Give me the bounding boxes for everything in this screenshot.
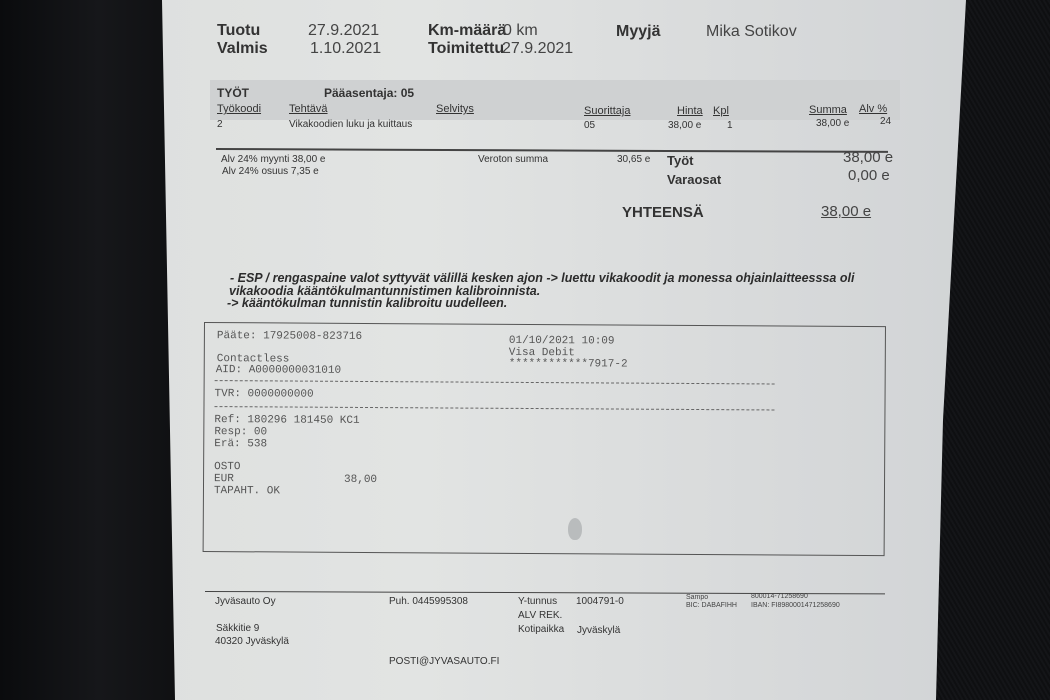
domicile-label: Kotipaikka [518,624,564,635]
row-price: 38,00 e [668,120,701,131]
batch-number: Erä: 538 [214,438,267,450]
divider-line [216,148,888,153]
business-id-label: Y-tunnus [518,596,557,607]
parts-label: Varaosat [667,172,721,187]
labor-value: 38,00 e [843,149,893,166]
col-explanation: Selvitys [436,103,474,115]
row-qty: 1 [727,120,733,131]
notes-line-3: -> kääntökulman tunnistin kalibroitu uud… [227,296,507,310]
vat-sales: Alv 24% myynti 38,00 e [221,154,326,165]
notes-line-1: - ESP / rengaspaine valot syttyvät välil… [230,271,854,285]
labor-label: Työt [667,153,693,168]
col-price: Hinta [677,105,703,117]
phone-number: Puh. 0445995308 [389,596,468,607]
chief-mechanic: Pääasentaja: 05 [324,86,414,100]
row-code: 2 [217,119,223,130]
received-value: 27.9.2021 [308,22,379,40]
background-left [0,0,180,700]
dashed-separator [215,380,775,384]
business-id: 1004791-0 [576,596,624,607]
dashed-separator [214,406,774,410]
row-sum: 38,00 e [816,118,849,129]
transaction-status: TAPAHT. OK [214,485,280,497]
km-label: Km-määrä [428,22,506,40]
col-performer: Suorittaja [584,105,630,117]
vat-registered: ALV REK. [518,610,562,621]
col-vat: Alv % [859,103,887,115]
domicile: Jyväskylä [577,625,620,636]
response-code: Resp: 00 [214,426,267,438]
col-qty: Kpl [713,105,729,117]
bank-name: Sampo [686,594,708,601]
aid: AID: A0000000031010 [216,364,341,377]
transaction-type: OSTO [214,461,240,473]
reference: Ref: 180296 181450 KC1 [214,414,359,427]
grand-total-value: 38,00 e [821,203,871,220]
currency: EUR [214,473,234,485]
ready-label: Valmis [217,40,268,58]
received-label: Tuotu [217,22,260,40]
seller-label: Myyjä [616,23,660,41]
amount: 38,00 [344,474,377,486]
row-vat: 24 [880,116,891,127]
work-section-label: TYÖT [217,86,249,100]
seller-value: Mika Sotikov [706,23,797,41]
card-number: ************7917-2 [509,358,628,371]
transaction-datetime: 01/10/2021 10:09 [509,335,615,348]
street-address: Säkkitie 9 [216,623,259,634]
paper-stain [568,518,582,540]
card-receipt-box: Pääte: 17925008-823716 01/10/2021 10:09 … [203,322,886,556]
bic-code: BIC: DABAFIHH [686,602,737,609]
row-task: Vikakoodien luku ja kuittaus [289,119,412,130]
row-performer: 05 [584,120,595,131]
col-task: Tehtävä [289,103,328,115]
col-sum: Summa [809,104,847,116]
grand-total-label: YHTEENSÄ [622,204,704,221]
email-address: POSTI@JYVASAUTO.FI [389,656,499,667]
vat-share: Alv 24% osuus 7,35 e [222,166,319,177]
parts-value: 0,00 e [848,167,890,184]
tvr: TVR: 0000000000 [215,388,314,401]
km-value: 0 km [503,22,538,40]
delivered-value: 27.9.2021 [502,40,573,58]
bank-account: 800014-71258690 [751,593,808,600]
ready-value: 1.10.2021 [310,40,381,58]
net-sum-value: 30,65 e [617,154,650,165]
delivered-label: Toimitettu [428,40,504,58]
company-name: Jyväsauto Oy [215,596,276,607]
city-address: 40320 Jyväskylä [215,636,289,647]
iban: IBAN: FI8980001471258690 [751,602,840,609]
col-work-code: Työkoodi [217,103,261,115]
terminal-id: Pääte: 17925008-823716 [217,330,362,343]
net-sum-label: Veroton summa [478,154,548,165]
